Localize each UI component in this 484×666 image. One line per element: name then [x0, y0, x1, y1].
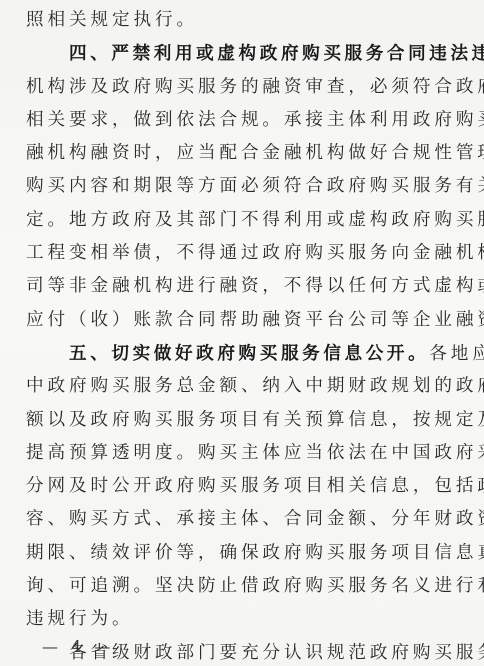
text-line: 容、购买方式、承接主体、合同金额、分年财政资金安排、合同 — [26, 503, 458, 536]
text-line: 各地应当将年度预算 — [429, 344, 484, 364]
page-number: — 4 — — [42, 637, 114, 656]
text-line: 定。地方政府及其部门不得利用或虚构政府购买服务合同为建设 — [26, 204, 458, 237]
text-line: 司等非金融机构进行融资，不得以任何方式虚构或超越权限签订 — [26, 270, 458, 303]
text-line: 相关要求，做到依法合规。承接主体利用政府购买服务合同向金 — [26, 104, 458, 137]
document-body: 照相关规定执行。 四、严禁利用或虚构政府购买服务合同违法违规融资。金融 机构涉及… — [26, 4, 458, 666]
text-line: 照相关规定执行。 — [26, 4, 458, 37]
section-four-heading: 四、严禁利用或虚构政府购买服务合同违法违规融资。 — [69, 43, 484, 64]
section-five-line: 五、切实做好政府购买服务信息公开。各地应当将年度预算 — [26, 337, 458, 370]
text-line: 询、可追溯。坚决防止借政府购买服务名义进行利益输送等违法 — [26, 570, 458, 603]
document-page: 照相关规定执行。 四、严禁利用或虚构政府购买服务合同违法违规融资。金融 机构涉及… — [0, 0, 484, 666]
text-line: 融机构融资时，应当配合金融机构做好合规性管理，相关合同在 — [26, 137, 458, 170]
text-line: 提高预算透明度。购买主体应当依法在中国政府采购网及其地方 — [26, 437, 458, 470]
text-line: 购买内容和期限等方面必须符合政府购买服务有关法律和制度规 — [26, 170, 458, 203]
text-line: 期限、绩效评价等，确保政府购买服务项目信息真实准确，可查 — [26, 537, 458, 570]
text-line: 中政府购买服务总金额、纳入中期财政规划的政府购买服务总金 — [26, 370, 458, 403]
text-line: 工程变相举债，不得通过政府购买服务向金融机构、融资租赁公 — [26, 237, 458, 270]
text-line: 违规行为。 — [26, 603, 458, 636]
text-line: 额以及政府购买服务项目有关预算信息，按规定及时向社会公开， — [26, 404, 458, 437]
section-four-line: 四、严禁利用或虚构政府购买服务合同违法违规融资。金融 — [26, 37, 458, 70]
text-line: 应付（收）账款合同帮助融资平台公司等企业融资。 — [26, 304, 458, 337]
text-line: 机构涉及政府购买服务的融资审查，必须符合政府预算管理制度 — [26, 71, 458, 104]
section-five-heading: 五、切实做好政府购买服务信息公开。 — [69, 343, 429, 364]
text-line: 分网及时公开政府购买服务项目相关信息，包括政府购买服务内 — [26, 470, 458, 503]
